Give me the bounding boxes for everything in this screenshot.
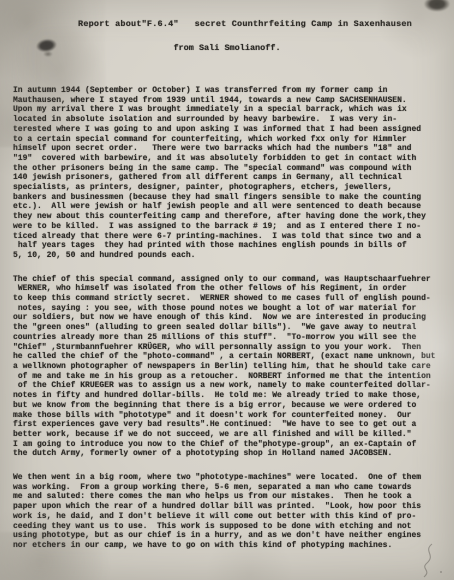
ink-stain-top-left-small [42, 50, 54, 58]
paragraph-3: We then went in a big room, where two "p… [13, 473, 449, 551]
ink-stain-top-right [420, 0, 454, 14]
report-body: In autumn 1944 (September or October) I … [13, 86, 449, 565]
paragraph-1: In autumn 1944 (September or October) I … [13, 86, 449, 261]
scanned-document-page: Report about"F.6.4" secret Counthrfeitin… [0, 0, 454, 580]
paragraph-2: The chief of this special command, assig… [13, 275, 449, 459]
report-title: Report about"F.6.4" secret Counthrfeitin… [38, 19, 452, 29]
pencil-mark-bottom-right [408, 542, 450, 580]
report-byline: from Sali Smolianoff. [0, 43, 454, 53]
